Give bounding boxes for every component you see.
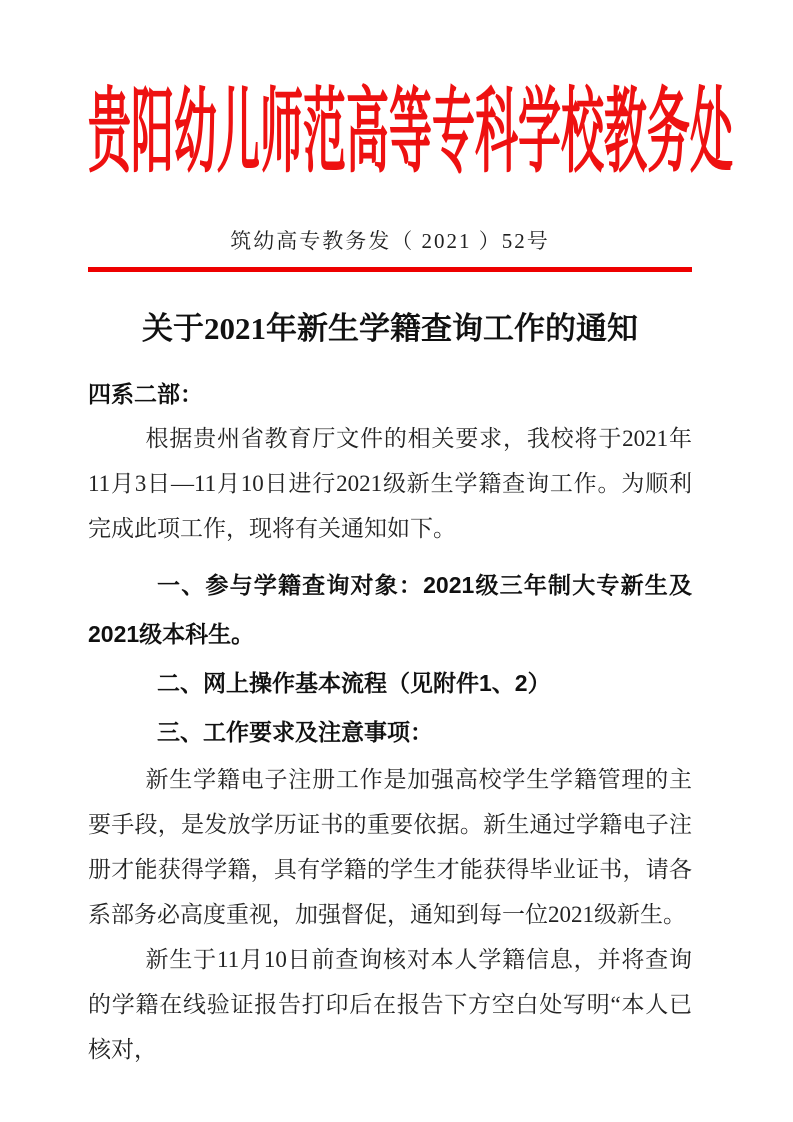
notice-title: 关于2021年新生学籍查询工作的通知: [88, 308, 692, 350]
heading-item-2: 二、网上操作基本流程（见附件1、2）: [88, 659, 692, 708]
document-page: 贵阳幼儿师范高等专科学校教务处 筑幼高专教务发（ 2021 ）52号 关于202…: [0, 0, 793, 1122]
document-content: 贵阳幼儿师范高等专科学校教务处 筑幼高专教务发（ 2021 ）52号 关于202…: [88, 88, 692, 1072]
letterhead: 贵阳幼儿师范高等专科学校教务处: [88, 88, 692, 184]
paragraph-intro: 根据贵州省教育厅文件的相关要求，我校将于2021年11月3日—11月10日进行2…: [88, 416, 692, 551]
heading-item-3: 三、工作要求及注意事项：: [88, 708, 692, 757]
addressee-line: 四系二部：: [88, 380, 692, 410]
document-number: 筑幼高专教务发（ 2021 ）52号: [88, 228, 692, 255]
red-separator-line: [88, 267, 692, 272]
heading-item-1: 一、参与学籍查询对象：2021级三年制大专新生及2021级本科生。: [88, 561, 692, 659]
paragraph-requirements: 新生学籍电子注册工作是加强高校学生学籍管理的主要手段，是发放学历证书的重要依据。…: [88, 757, 692, 937]
paragraph-instruction: 新生于11月10日前查询核对本人学籍信息，并将查询的学籍在线验证报告打印后在报告…: [88, 937, 692, 1072]
letterhead-text: 贵阳幼儿师范高等专科学校教务处: [88, 88, 733, 183]
